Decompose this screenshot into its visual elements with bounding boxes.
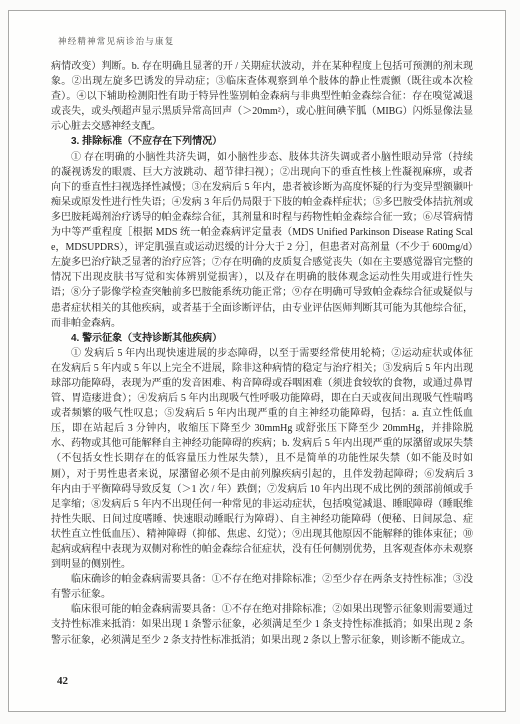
- paragraph-continuation: 病情改变）判断。b. 存在明确且显著的开 / 关期症状波动，并在某种程度上包括可…: [51, 59, 473, 134]
- section-heading-exclusion-criteria: 3. 排除标准（不应存在下列情况）: [51, 134, 473, 149]
- paragraph-clinically-established-pd: 临床确诊的帕金森病需要具备：①不存在绝对排除标准；②至少存在两条支持性标准；③没…: [51, 572, 473, 602]
- paragraph-exclusion-criteria: ① 存在明确的小脑性共济失调，如小脑性步态、肢体共济失调或者小脑性眼动异常（持续…: [51, 150, 473, 331]
- paragraph-clinically-probable-pd: 临床很可能的帕金森病需要具备：①不存在绝对排除标准；②如果出现警示征象则需要通过…: [51, 602, 473, 647]
- page-body-text: 病情改变）判断。b. 存在明确且显著的开 / 关期症状波动，并在某种程度上包括可…: [51, 59, 473, 648]
- page-number: 42: [57, 675, 68, 687]
- paragraph-red-flags: ① 发病后 5 年内出现快速进展的步态障碍，以至于需要经常使用轮椅；②运动症状或…: [51, 346, 473, 572]
- section-heading-red-flags: 4. 警示征象（支持诊断其他疾病）: [51, 331, 473, 346]
- running-header: 神经精神常见病诊治与康复: [58, 35, 174, 47]
- scanned-book-page: 神经精神常见病诊治与康复 病情改变）判断。b. 存在明确且显著的开 / 关期症状…: [8, 10, 506, 712]
